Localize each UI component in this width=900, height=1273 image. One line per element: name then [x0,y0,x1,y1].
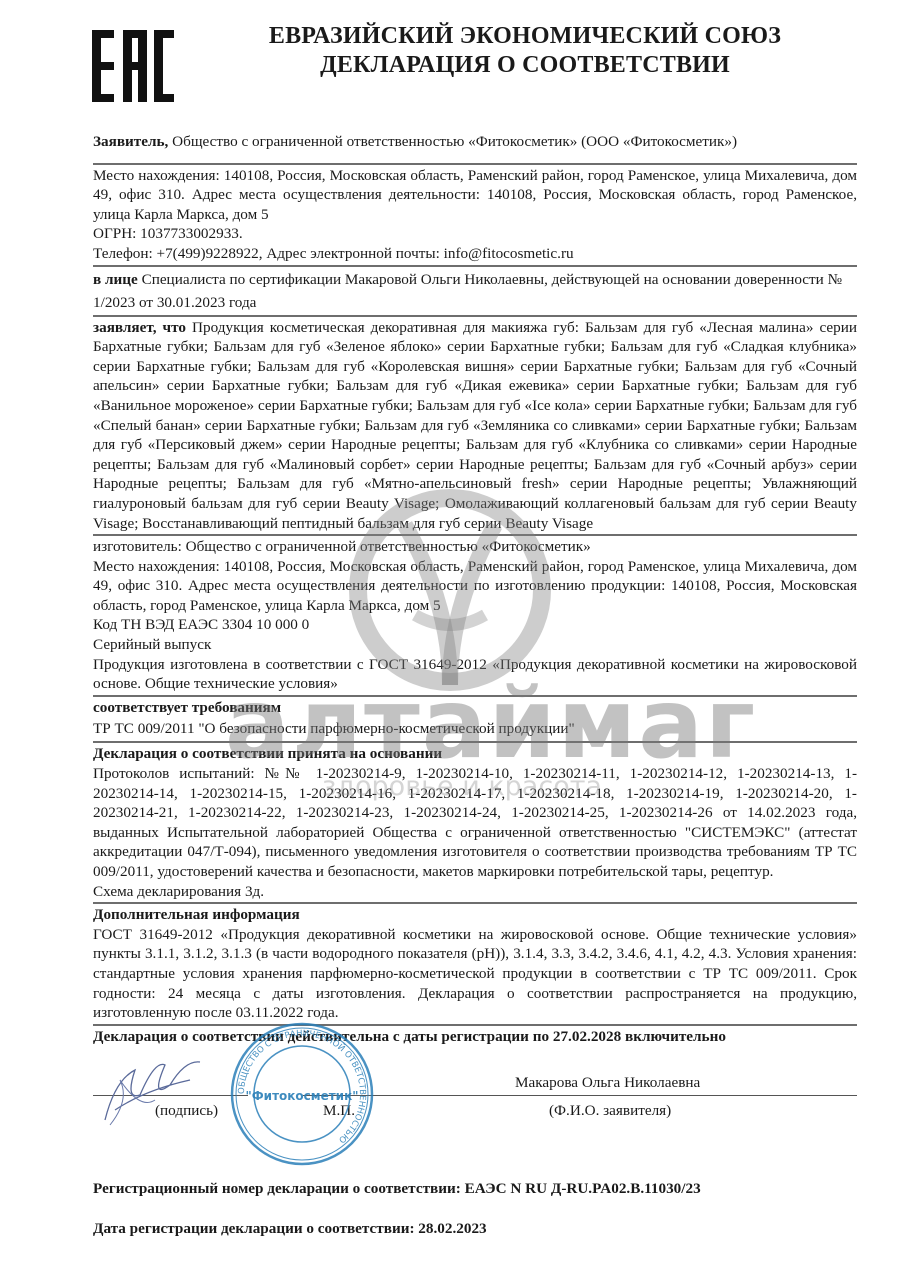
representative-label: в лице [93,271,138,288]
validity-period: Декларация о соответствии действительна … [93,1026,857,1048]
additional-info-text: ГОСТ 31649-2012 «Продукция декоративной … [93,925,857,1023]
product-list: Продукция косметическая декоративная для… [93,319,857,532]
complies-section: соответствует требованиям ТР ТС 009/2011… [93,697,857,742]
applicant-ogrn: ОГРН: 1037733002933. [93,224,857,244]
basis-section: Декларация о соответствии принята на осн… [93,743,857,902]
applicant-line: Заявитель, Общество с ограниченной ответ… [93,132,857,152]
declares-section: заявляет, что Продукция косметическая де… [93,317,857,535]
representative: в лице Специалиста по сертификации Макар… [93,267,857,315]
name-caption: (Ф.И.О. заявителя) [549,1101,671,1121]
technical-regulation: ТР ТС 009/2011 "О безопасности парфюмерн… [93,717,857,740]
title-line-declaration: ДЕКЛАРАЦИЯ О СООТВЕТСТВИИ [240,51,810,80]
applicant-name: Общество с ограниченной ответственностью… [168,133,737,150]
signature-caption: (подпись) [155,1101,218,1121]
release-type: Серийный выпуск [93,635,857,655]
production-standard: Продукция изготовлена в соответствии с Г… [93,655,857,694]
name-line [303,1095,857,1096]
signature-line [93,1095,248,1096]
test-protocols: Протоколов испытаний: №№ 1-20230214-9, 1… [93,764,857,882]
declaration-scheme: Схема декларирования 3д. [93,882,857,902]
manufacturer-name: изготовитель: Общество с ограниченной от… [93,537,857,557]
signer-name: Макарова Ольга Николаевна [515,1073,700,1093]
declares-label: заявляет, что [93,319,186,336]
declaration-page: ЕВРАЗИЙСКИЙ ЭКОНОМИЧЕСКИЙ СОЮЗ ДЕКЛАРАЦИ… [0,0,900,1273]
registration-number: Регистрационный номер декларации о соотв… [93,1179,857,1199]
additional-info-section: Дополнительная информация ГОСТ 31649-201… [93,904,857,1024]
document-body: Заявитель, Общество с ограниченной ответ… [93,132,857,1239]
signature-block: Макарова Ольга Николаевна (подпись) М.П.… [93,1067,857,1137]
complies-label: соответствует требованиям [93,698,857,718]
additional-info-label: Дополнительная информация [93,905,857,925]
registration-date: Дата регистрации декларации о соответств… [93,1219,857,1239]
hs-code: Код ТН ВЭД ЕАЭС 3304 10 000 0 [93,615,857,635]
basis-label: Декларация о соответствии принята на осн… [93,744,857,764]
eac-logo-icon [92,30,174,102]
applicant-label: Заявитель, [93,133,168,150]
applicant-address: Место нахождения: 140108, Россия, Москов… [93,166,857,225]
document-title: ЕВРАЗИЙСКИЙ ЭКОНОМИЧЕСКИЙ СОЮЗ ДЕКЛАРАЦИ… [240,22,810,80]
title-line-union: ЕВРАЗИЙСКИЙ ЭКОНОМИЧЕСКИЙ СОЮЗ [240,22,810,51]
applicant-contacts: Телефон: +7(499)9228922, Адрес электронн… [93,244,857,264]
applicant-details: Место нахождения: 140108, Россия, Москов… [93,165,857,265]
manufacturer-address: Место нахождения: 140108, Россия, Москов… [93,557,857,616]
seal-caption: М.П. [323,1101,355,1121]
manufacturer-section: изготовитель: Общество с ограниченной от… [93,536,857,695]
representative-text: Специалиста по сертификации Макаровой Ол… [93,271,842,311]
